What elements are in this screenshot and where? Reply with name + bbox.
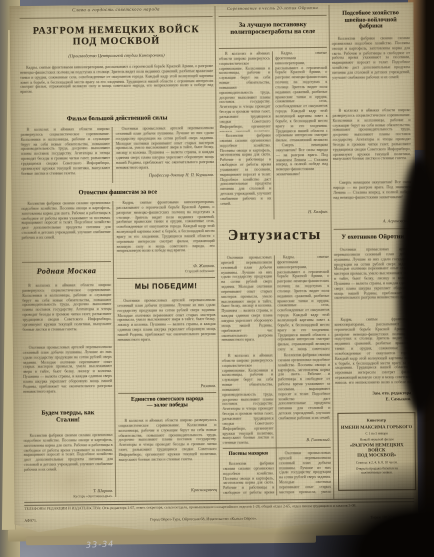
headline-line: Подсобное хозяйство — [332, 10, 410, 17]
ad-line: «РАЗГРОМ НЕМЕЦКИХ ВОЙСК — [341, 443, 413, 454]
signature: Рязанов. — [118, 383, 216, 389]
ad-line: ИМЕНИ МАКСИМА ГОРЬКОГО — [341, 424, 413, 430]
article-text: Коллектив фабрики своими силами организо… — [220, 133, 272, 215]
headline-postanovka: За лучшую постановку политпросветработы … — [219, 21, 327, 37]
headline-podsobnoe: Подсобное хозяйство швейно-войлочной фаб… — [332, 10, 410, 31]
signature: Т. Шарков. — [24, 488, 113, 494]
headline-line: ПОД МОСКВОЙ — [20, 35, 213, 48]
article-text: В колхозах и аймаках области широко разв… — [219, 51, 271, 131]
headline-line: политпросветработы на селе — [219, 28, 327, 36]
headline-otomstim: Отомстим фашистам за все — [21, 188, 214, 197]
article-text: Кадры, снятые фронтовыми кинооператорами… — [116, 200, 215, 263]
article-text: Охотники промысловых артелей перевыполни… — [116, 126, 214, 171]
article-text: Кадры, снятые фронтовыми кинооператорами… — [20, 64, 213, 112]
article-text: Коллектив фабрики своими силами организо… — [332, 36, 411, 107]
article-text: Смерть немецким оккупантам! Все силы нар… — [276, 143, 329, 207]
rule — [219, 15, 327, 17]
headline-line: Сталин! — [23, 416, 112, 424]
article-text: В колхозах и аймаках области широко разв… — [222, 353, 274, 445]
article-text: Коллектив фабрики своими силами организо… — [278, 353, 331, 435]
article-text: Охотники промысловых артелей перевыполни… — [117, 298, 216, 383]
article-text: Кадры, снятые фронтовыми кинооператорами… — [277, 255, 330, 351]
article-text: Коллектив фабрики своими силами организо… — [223, 461, 274, 495]
photo-bottom-right-shadow — [274, 462, 434, 557]
signature: Красноармеец — [119, 487, 217, 493]
ad-line: С 1 по 5 января — [341, 431, 413, 436]
signature-role: Старший лейтенант. — [117, 269, 215, 274]
torn-page-edge — [26, 534, 316, 546]
signature: Н. Халфин. — [276, 209, 328, 215]
signature: В. Гилевский. — [279, 437, 331, 443]
headline-pobedim: МЫ ПОБЕДИМ! — [117, 282, 215, 291]
subtitle-razgrom: (Производство Центральной студии Кинохро… — [20, 52, 213, 59]
headline-tverdy: Будем тверды, как Сталин! — [23, 409, 112, 424]
subcolumn-divider — [112, 201, 116, 497]
rule — [20, 16, 213, 19]
editor-note-line: Е. Самыкин. — [335, 396, 411, 403]
handwritten-label: 33-34 — [86, 539, 115, 549]
article-text: Смерть немецким оккупантам! Все силы нар… — [333, 180, 411, 217]
rule — [117, 277, 215, 279]
editor-note: Зам. отв. редактора Е. Самыкин. — [335, 390, 411, 403]
article-text: Кадры, снятые фронтовыми кинооператорами… — [275, 51, 328, 141]
ad-line: Новый звуковой фильм — [341, 437, 413, 442]
article-text: В колхозах и аймаках области широко разв… — [118, 418, 217, 485]
photo-dark-object — [398, 158, 434, 413]
running-head-left: Слава и гордость советского народа — [20, 7, 213, 14]
headline-edinstvo: Единство советского народа — залог побед… — [118, 396, 216, 410]
imprint-left: АФ971. — [24, 519, 36, 523]
rule — [219, 47, 327, 49]
newspaper-page: Слава и гордость советского народа Сорев… — [9, 2, 418, 534]
rule — [118, 392, 216, 394]
article-text: В колхозах и аймаках области широко разв… — [332, 108, 411, 179]
article-text: В колхозах и аймаках области широко разв… — [22, 283, 112, 344]
signature-role: Кустарь «Заготживсырье». — [24, 494, 113, 499]
signature: Профессор-доктор Н. П. Корнилов. — [116, 172, 214, 178]
headline-razgrom: РАЗГРОМ НЕМЕЦКИХ ВОЙСК ПОД МОСКВОЙ — [20, 24, 213, 48]
article-text: В колхозах и аймаках области широко разв… — [21, 127, 111, 184]
article-text: Охотники промысловых артелей перевыполни… — [221, 255, 273, 351]
imprint-center: Город Ойрот-Тура, Ойротская 68, Издатель… — [150, 517, 257, 522]
subcolumn-divider — [112, 127, 114, 183]
running-head-middle: Соревнование в честь 20-летия Ойротии — [218, 6, 326, 12]
headline-makhorka: Посевы махорки — [223, 451, 274, 457]
headline-rodnaya: Родная Москва — [22, 267, 111, 277]
ad-line: Кинотеатр — [340, 417, 412, 423]
headline-line: фабрики — [332, 24, 410, 31]
headline-film-sila: Фильм большой действенной силы — [21, 114, 214, 123]
article-text: Охотники промысловых артелей перевыполни… — [23, 345, 113, 406]
article-text: Коллектив фабрики своими силами организо… — [24, 433, 114, 488]
headline-line: — залог победы — [118, 402, 216, 409]
article-text: Коллектив фабрики своими силами организо… — [21, 201, 111, 256]
headline-entuziasty: Энтузиасты — [221, 227, 329, 245]
ad-line: ПОД МОСКВОЙ» — [341, 453, 413, 459]
rule — [22, 261, 111, 263]
subcolumn-divider — [272, 51, 275, 219]
